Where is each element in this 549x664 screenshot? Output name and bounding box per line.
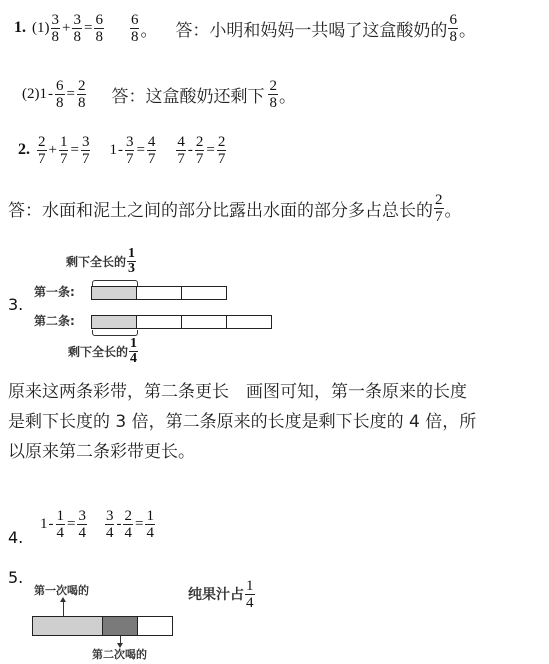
strip-2	[91, 315, 272, 329]
minus-sign: -	[49, 516, 54, 533]
fraction: 38	[51, 12, 61, 45]
minus-sign: -	[48, 86, 53, 103]
top-label-fraction: 13	[127, 247, 136, 276]
fraction: 37	[81, 134, 91, 167]
whole-number: 1	[40, 86, 48, 103]
punctuation: 。	[445, 196, 462, 221]
row1-label: 第一条:	[34, 283, 75, 300]
first-drink-label: 第一次喝的	[34, 582, 89, 598]
first-drink-segment	[33, 617, 103, 635]
minus-sign: -	[118, 142, 123, 159]
fraction: 27	[195, 134, 205, 167]
fraction: 27	[217, 134, 227, 167]
q5-answer-text: 纯果汁占	[188, 584, 244, 604]
fraction: 68	[94, 12, 104, 45]
remaining-segment	[138, 617, 172, 635]
q1-part2-label: (2)	[22, 86, 40, 103]
q4-row: 1 - 14 = 34 34 - 24 = 14	[40, 504, 156, 544]
strip-1	[91, 286, 227, 300]
strip-segment	[137, 287, 182, 299]
fraction: 14	[56, 508, 66, 541]
fraction: 24	[123, 508, 133, 541]
q2-answer: 答：水面和泥土之间的部分比露出水面的部分多占总长的	[8, 196, 433, 221]
answer-fraction: 27	[434, 192, 444, 225]
q5-number: 5.	[8, 568, 23, 587]
q1-number: 1.	[14, 19, 26, 37]
q3-bottom-label: 剩下全长的 14	[68, 336, 139, 366]
up-arrow-icon	[63, 600, 64, 616]
bottom-label-fraction: 14	[129, 337, 138, 366]
fraction: 38	[72, 12, 82, 45]
strip-segment	[137, 316, 182, 328]
top-label-text: 剩下全长的	[66, 253, 126, 270]
second-drink-label: 第二次喝的	[92, 646, 147, 662]
strip-2-shaded-segment	[92, 316, 137, 328]
plus-sign: +	[62, 20, 70, 37]
fraction: 37	[125, 134, 135, 167]
punctuation: 。	[459, 16, 476, 41]
strip-segment	[227, 316, 271, 328]
q2-number: 2.	[18, 141, 30, 159]
q1-part1-row: 1. (1) 38 + 38 = 68 68 。 答：小明和妈妈一共喝了这盒酸奶…	[14, 8, 476, 48]
q1-part2-row: (2) 1 - 68 = 28 答：这盒酸奶还剩下 28 。	[22, 74, 296, 114]
minus-sign: -	[188, 142, 193, 159]
answer-fraction: 14	[245, 578, 255, 611]
equals-sign: =	[136, 142, 144, 159]
fraction: 28	[77, 78, 87, 111]
fraction: 14	[145, 508, 155, 541]
up-arrowhead-icon	[60, 597, 66, 602]
equals-sign: =	[206, 142, 214, 159]
juice-strip	[32, 616, 173, 636]
equals-sign: =	[67, 86, 75, 103]
q4-number: 4.	[8, 528, 23, 547]
row2-label: 第二条:	[34, 312, 75, 329]
punctuation: 。	[140, 16, 157, 41]
q1-part2-answer: 答：这盒酸奶还剩下	[111, 82, 264, 107]
fraction: 47	[147, 134, 157, 167]
q2-row: 2. 27 + 17 = 37 1 - 37 = 47 47 - 27 = 27	[18, 130, 227, 170]
whole-number: 1	[109, 142, 117, 159]
minus-sign: -	[116, 516, 121, 533]
whole-number: 1	[40, 516, 48, 533]
q5-diagram: 5. 第一次喝的 第二次喝的 纯果汁占 14	[0, 560, 300, 664]
q3-diagram: 3. 剩下全长的 13 第一条: 第二条: 剩下全长的 14	[0, 240, 300, 370]
answer-fraction: 28	[268, 78, 278, 111]
q3-line-1: 原来这两条彩带，第二条更长 画图可知，第一条原来的长度	[8, 377, 544, 407]
second-drink-segment	[103, 617, 138, 635]
strip-segment	[182, 287, 226, 299]
fraction: 34	[105, 508, 115, 541]
fraction: 47	[176, 134, 186, 167]
strip-segment	[182, 316, 227, 328]
fraction: 17	[59, 134, 69, 167]
q1-part1-answer: 答：小明和妈妈一共喝了这盒酸奶的	[175, 16, 447, 41]
punctuation: 。	[279, 82, 296, 107]
equals-sign: =	[70, 142, 78, 159]
q3-line-2: 是剩下长度的 3 倍，第二条原来的长度是剩下长度的 4 倍，所	[8, 407, 544, 437]
equals-sign: =	[84, 20, 92, 37]
fraction: 27	[37, 134, 47, 167]
q1-part1-label: (1)	[32, 20, 50, 37]
q3-explanation: 原来这两条彩带，第二条更长 画图可知，第一条原来的长度 是剩下长度的 3 倍，第…	[8, 377, 544, 467]
fraction: 68	[55, 78, 65, 111]
plus-sign: +	[49, 142, 57, 159]
answer-fraction: 68	[448, 12, 458, 45]
strip-1-shaded-segment	[92, 287, 137, 299]
q3-line-3: 以原来第二条彩带更长。	[8, 437, 544, 467]
fraction: 34	[77, 508, 87, 541]
q3-top-label: 剩下全长的 13	[66, 246, 137, 276]
q3-number: 3.	[8, 295, 23, 314]
bottom-label-text: 剩下全长的	[68, 343, 128, 360]
result-fraction: 68	[130, 12, 140, 45]
q5-answer: 纯果汁占 14	[188, 576, 256, 612]
equals-sign: =	[67, 516, 75, 533]
equals-sign: =	[135, 516, 143, 533]
q2-answer-row: 答：水面和泥土之间的部分比露出水面的部分多占总长的 27 。	[8, 188, 462, 228]
